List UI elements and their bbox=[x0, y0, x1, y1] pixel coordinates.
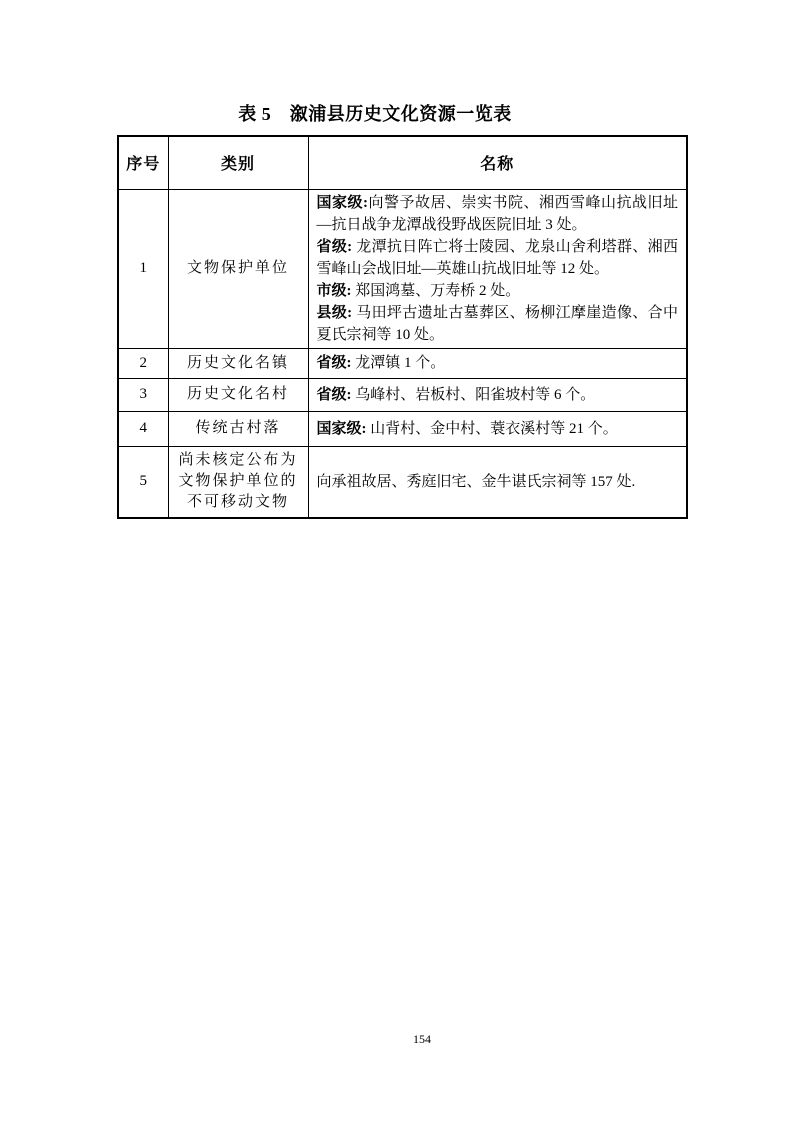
row-index-cell: 5 bbox=[118, 446, 168, 518]
row-index-cell: 4 bbox=[118, 411, 168, 446]
level-label: 省级: bbox=[317, 355, 352, 371]
row-category-cell: 历史文化名村 bbox=[168, 378, 308, 411]
name-segment: 省级: 龙潭抗日阵亡将士陵园、龙泉山舍利塔群、湘西雪峰山会战旧址—英雄山抗战旧址… bbox=[317, 236, 679, 280]
table-row: 3 历史文化名村 省级: 乌峰村、岩板村、阳雀坡村等 6 个。 bbox=[118, 378, 687, 411]
table-caption: 表 5 溆浦县历史文化资源一览表 bbox=[238, 100, 512, 126]
table-row: 1 文物保护单位 国家级:向警予故居、崇实书院、湘西雪峰山抗战旧址—抗日战争龙潭… bbox=[118, 189, 687, 348]
header-index: 序号 bbox=[118, 136, 168, 189]
name-segment: 市级: 郑国鸿墓、万寿桥 2 处。 bbox=[317, 280, 679, 302]
level-text: 乌峰村、岩板村、阳雀坡村等 6 个。 bbox=[352, 387, 596, 403]
table-row: 4 传统古村落 国家级: 山背村、金中村、蓑衣溪村等 21 个。 bbox=[118, 411, 687, 446]
row-name-cell: 国家级:向警予故居、崇实书院、湘西雪峰山抗战旧址—抗日战争龙潭战役野战医院旧址 … bbox=[308, 189, 687, 348]
table-row: 5 尚未核定公布为文物保护单位的不可移动文物 向承祖故居、秀庭旧宅、金牛谌氏宗祠… bbox=[118, 446, 687, 518]
level-text: 龙潭镇 1 个。 bbox=[352, 355, 446, 371]
row-category-cell: 尚未核定公布为文物保护单位的不可移动文物 bbox=[168, 446, 308, 518]
name-segment: 国家级: 山背村、金中村、蓑衣溪村等 21 个。 bbox=[317, 418, 679, 440]
name-segment: 向承祖故居、秀庭旧宅、金牛谌氏宗祠等 157 处. bbox=[317, 471, 679, 493]
level-label: 市级: bbox=[317, 283, 352, 299]
row-name-cell: 向承祖故居、秀庭旧宅、金牛谌氏宗祠等 157 处. bbox=[308, 446, 687, 518]
row-category-cell: 文物保护单位 bbox=[168, 189, 308, 348]
level-text: 山背村、金中村、蓑衣溪村等 21 个。 bbox=[367, 421, 618, 437]
row-index-cell: 2 bbox=[118, 348, 168, 378]
level-text: 龙潭抗日阵亡将士陵园、龙泉山舍利塔群、湘西雪峰山会战旧址—英雄山抗战旧址等 12… bbox=[317, 239, 679, 277]
row-category-cell: 传统古村落 bbox=[168, 411, 308, 446]
level-label: 省级: bbox=[317, 387, 352, 403]
header-category: 类别 bbox=[168, 136, 308, 189]
level-text: 马田坪古遗址古墓葬区、杨柳江摩崖造像、合中夏氏宗祠等 10 处。 bbox=[317, 305, 679, 343]
name-segment: 县级: 马田坪古遗址古墓葬区、杨柳江摩崖造像、合中夏氏宗祠等 10 处。 bbox=[317, 302, 679, 346]
level-text: 向承祖故居、秀庭旧宅、金牛谌氏宗祠等 157 处. bbox=[317, 474, 636, 490]
row-index-cell: 1 bbox=[118, 189, 168, 348]
row-name-cell: 省级: 乌峰村、岩板村、阳雀坡村等 6 个。 bbox=[308, 378, 687, 411]
row-index-cell: 3 bbox=[118, 378, 168, 411]
row-name-cell: 国家级: 山背村、金中村、蓑衣溪村等 21 个。 bbox=[308, 411, 687, 446]
page-number: 154 bbox=[413, 1032, 431, 1047]
level-label: 县级: bbox=[317, 305, 353, 321]
table-header-row: 序号 类别 名称 bbox=[118, 136, 687, 189]
table-row: 2 历史文化名镇 省级: 龙潭镇 1 个。 bbox=[118, 348, 687, 378]
level-text: 郑国鸿墓、万寿桥 2 处。 bbox=[352, 283, 521, 299]
row-name-cell: 省级: 龙潭镇 1 个。 bbox=[308, 348, 687, 378]
level-label: 国家级: bbox=[317, 421, 367, 437]
level-label: 国家级: bbox=[317, 195, 369, 211]
level-text: 向警予故居、崇实书院、湘西雪峰山抗战旧址—抗日战争龙潭战役野战医院旧址 3 处。 bbox=[317, 195, 679, 233]
level-label: 省级: bbox=[317, 239, 353, 255]
header-name: 名称 bbox=[308, 136, 687, 189]
resources-table: 序号 类别 名称 1 文物保护单位 国家级:向警予故居、崇实书院、湘西雪峰山抗战… bbox=[117, 135, 688, 519]
name-segment: 省级: 龙潭镇 1 个。 bbox=[317, 352, 679, 374]
name-segment: 省级: 乌峰村、岩板村、阳雀坡村等 6 个。 bbox=[317, 384, 679, 406]
name-segment: 国家级:向警予故居、崇实书院、湘西雪峰山抗战旧址—抗日战争龙潭战役野战医院旧址 … bbox=[317, 192, 679, 236]
row-category-cell: 历史文化名镇 bbox=[168, 348, 308, 378]
